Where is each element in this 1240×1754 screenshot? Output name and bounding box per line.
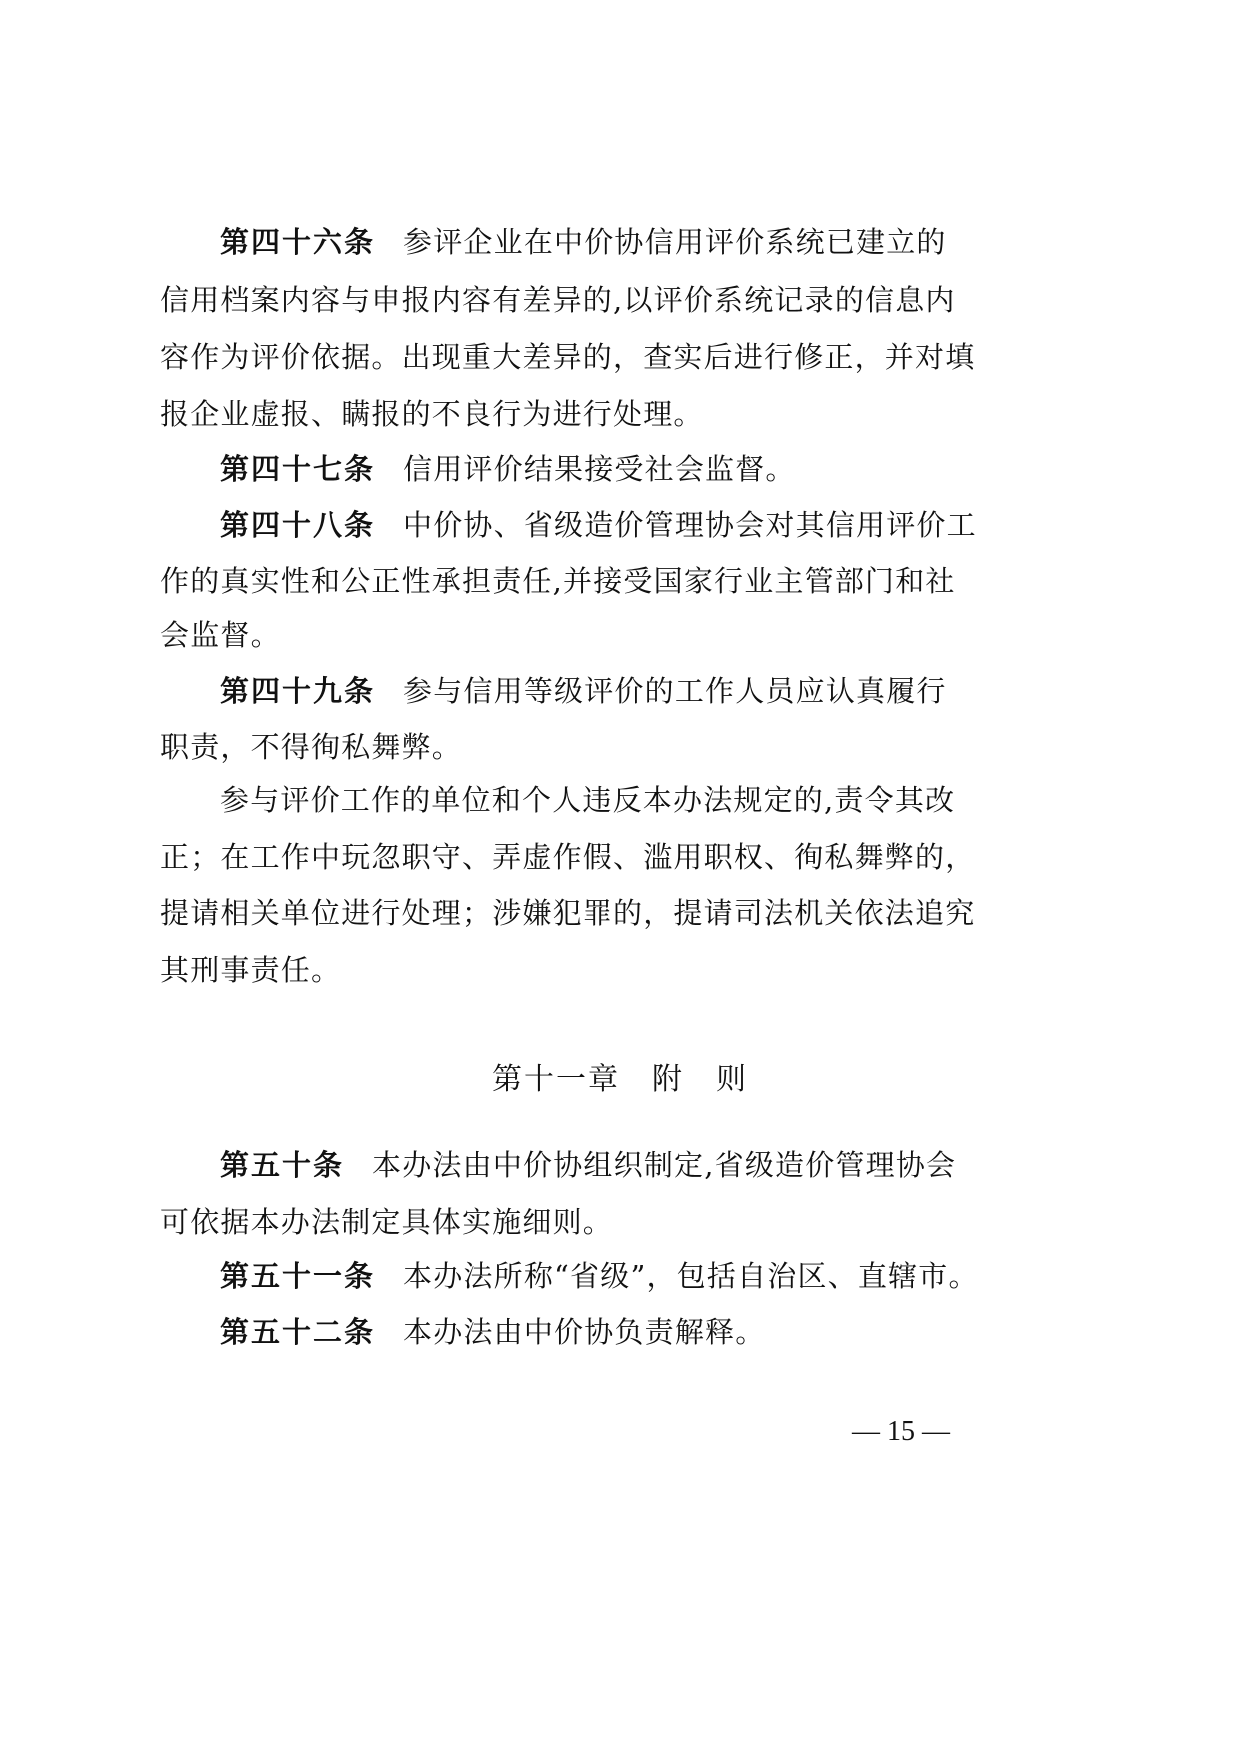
article-50-line-1: 第五十条本办法由中价协组织制定,省级造价管理协会 [220,1145,950,1185]
article-46-line-3: 容作为评价依据。出现重大差异的，查实后进行修正，并对填 [160,337,950,377]
article-50-line-2: 可依据本办法制定具体实施细则。 [160,1202,950,1242]
chapter-heading: 第十一章附则 [0,1060,1240,1100]
document-page: 第四十六条参评企业在中价协信用评价系统已建立的 信用档案内容与申报内容有差异的,… [0,0,1240,1754]
article-label: 第四十七条 [220,452,375,486]
chapter-title-1: 附 [652,1062,684,1097]
article-text: 本办法由中价协负责解释。 [403,1315,765,1349]
article-label: 第五十二条 [220,1315,375,1349]
article-text: 本办法所称“省级”，包括自治区、直辖市。 [403,1259,979,1293]
article-text: 信用评价结果接受社会监督。 [403,452,796,486]
article-51-line-1: 第五十一条本办法所称“省级”，包括自治区、直辖市。 [220,1256,950,1296]
chapter-number: 第十一章 [492,1062,620,1097]
article-49-para2-line-2: 正；在工作中玩忽职守、弄虚作假、滥用职权、徇私舞弊的， [160,837,950,877]
article-49-line-1: 第四十九条参与信用等级评价的工作人员应认真履行 [220,671,950,711]
article-label: 第五十条 [220,1148,344,1182]
article-label: 第四十六条 [220,225,375,259]
page-number: — 15 — [840,1412,950,1452]
article-46-line-1: 第四十六条参评企业在中价协信用评价系统已建立的 [220,222,950,262]
article-49-line-2: 职责，不得徇私舞弊。 [160,727,950,767]
article-text: 本办法由中价协组织制定,省级造价管理协会 [372,1148,956,1182]
article-49-para2-line-4: 其刑事责任。 [160,950,950,990]
article-label: 第四十九条 [220,674,375,708]
article-47-line-1: 第四十七条信用评价结果接受社会监督。 [220,449,950,489]
article-46-line-4: 报企业虚报、瞒报的不良行为进行处理。 [160,394,950,434]
article-text: 参与信用等级评价的工作人员应认真履行 [403,674,947,708]
article-label: 第五十一条 [220,1259,375,1293]
article-46-line-2: 信用档案内容与申报内容有差异的,以评价系统记录的信息内 [160,280,950,320]
article-52-line-1: 第五十二条本办法由中价协负责解释。 [220,1312,950,1352]
article-text: 参评企业在中价协信用评价系统已建立的 [403,225,947,259]
article-48-line-3: 会监督。 [160,615,950,655]
article-48-line-1: 第四十八条中价协、省级造价管理协会对其信用评价工 [220,505,950,545]
article-49-para2-line-3: 提请相关单位进行处理；涉嫌犯罪的，提请司法机关依法追究 [160,893,950,933]
article-48-line-2: 作的真实性和公正性承担责任,并接受国家行业主管部门和社 [160,561,950,601]
article-49-para2-line-1: 参与评价工作的单位和个人违反本办法规定的,责令其改 [220,780,950,820]
article-text: 中价协、省级造价管理协会对其信用评价工 [403,508,977,542]
chapter-title-2: 则 [716,1062,748,1097]
article-label: 第四十八条 [220,508,375,542]
